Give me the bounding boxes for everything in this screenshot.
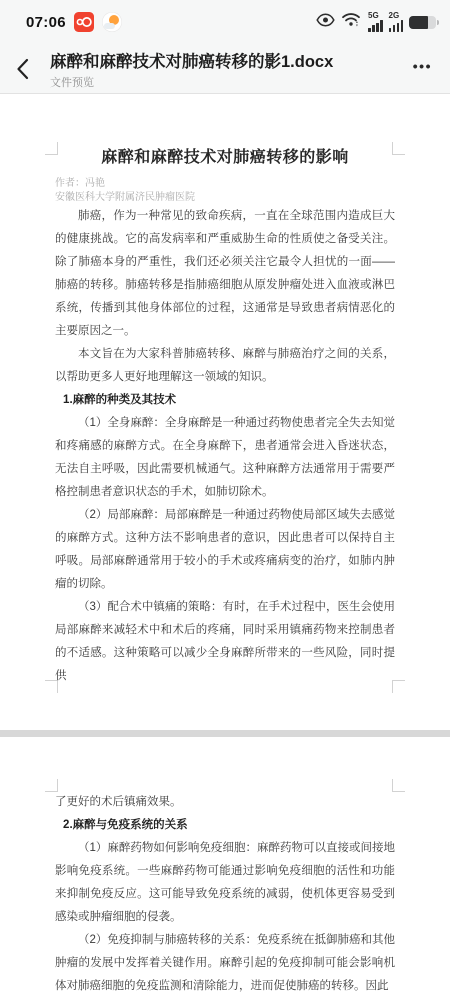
wifi-icon: [341, 12, 362, 33]
battery-icon: [409, 16, 436, 29]
signal-bars: [368, 20, 383, 32]
clock: 07:06: [26, 14, 66, 31]
status-bar: 07:06: [0, 0, 450, 44]
weather-app-icon: [102, 12, 122, 32]
paragraph-analgesia-continued: 了更好的术后镇痛效果。: [55, 791, 395, 814]
paragraph-local-anesthesia: （2）局部麻醉：局部麻醉是一种通过药物使局部区域失去感觉的麻醉方式。这种方法不影…: [55, 504, 395, 596]
paragraph-purpose: 本文旨在为大家科普肺癌转移、麻醉与肺癌治疗之间的关系，以帮助更多人更好地理解这一…: [55, 343, 395, 389]
header-text-block: 麻醉和麻醉技术对肺癌转移的影1.docx 文件预览: [50, 48, 403, 90]
chevron-left-icon: [16, 58, 29, 80]
file-preview-header: 麻醉和麻醉技术对肺癌转移的影1.docx 文件预览 •••: [0, 44, 450, 94]
file-preview-label: 文件预览: [50, 74, 403, 90]
document-title: 麻醉和麻醉技术对肺癌转移的影响: [0, 144, 450, 167]
page1-body: 肺癌，作为一种常见的致命疾病，一直在全球范围内造成巨大的健康挑战。它的高发病率和…: [55, 205, 395, 688]
status-icons: 5G 2G: [316, 12, 436, 33]
section-heading-anesthesia-types: 1.麻醉的种类及其技术: [55, 389, 395, 412]
battery-fill: [409, 16, 428, 29]
signal-2g-label: 2G: [389, 11, 400, 20]
signal-2g-icon: 2G: [389, 12, 404, 32]
document-affiliation: 安徽医科大学附属济民肿瘤医院: [55, 188, 195, 203]
file-name-title: 麻醉和麻醉技术对肺癌转移的影1.docx: [50, 48, 403, 72]
section-heading-immune-system: 2.麻醉与免疫系统的关系: [55, 814, 395, 837]
paragraph-general-anesthesia: （1）全身麻醉：全身麻醉是一种通过药物使患者完全失去知觉和疼痛感的麻醉方式。在全…: [55, 412, 395, 504]
signal-5g-icon: 5G: [368, 12, 383, 32]
phone-screen: 07:06: [0, 0, 450, 992]
signal-5g-label: 5G: [368, 11, 379, 20]
eye-protection-icon: [316, 13, 335, 32]
signal-bars: [389, 20, 404, 32]
paragraph-intro: 肺癌，作为一种常见的致命疾病，一直在全球范围内造成巨大的健康挑战。它的高发病率和…: [55, 205, 395, 343]
more-options-button[interactable]: •••: [403, 54, 434, 84]
paragraph-immune-cells: （1）麻醉药物如何影响免疫细胞：麻醉药物可以直接或间接地影响免疫系统。一些麻醉药…: [55, 837, 395, 929]
page2-body: 了更好的术后镇痛效果。 2.麻醉与免疫系统的关系 （1）麻醉药物如何影响免疫细胞…: [55, 791, 395, 992]
paragraph-immune-metastasis: （2）免疫抑制与肺癌转移的关系：免疫系统在抵御肺癌和其他肿瘤的发展中发挥着关键作…: [55, 929, 395, 992]
paragraph-analgesia-strategy: （3）配合术中镇痛的策略：有时，在手术过程中，医生会使用局部麻醉来减轻术中和术后…: [55, 596, 395, 688]
document-preview-scroll-area[interactable]: 麻醉和麻醉技术对肺癌转移的影响 作者：冯艳 安徽医科大学附属济民肿瘤医院 肺癌，…: [0, 94, 450, 992]
back-button[interactable]: [16, 53, 42, 85]
battery-nub: [437, 20, 440, 25]
kuaishou-app-icon: [74, 12, 94, 32]
cloud-icon: [104, 23, 115, 29]
document-author: 作者：冯艳: [55, 174, 105, 189]
page-separator: [0, 730, 450, 737]
